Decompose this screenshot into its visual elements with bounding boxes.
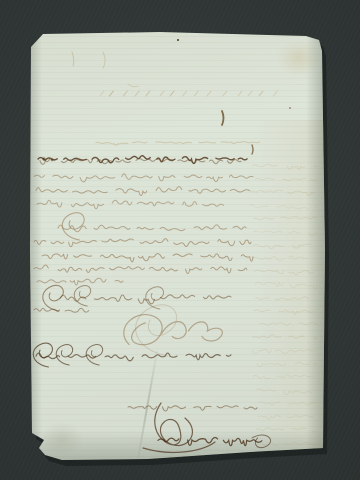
handwriting-layer	[0, 0, 360, 480]
photograph: [ilegible — primera línea más oscura, tr…	[0, 0, 360, 480]
